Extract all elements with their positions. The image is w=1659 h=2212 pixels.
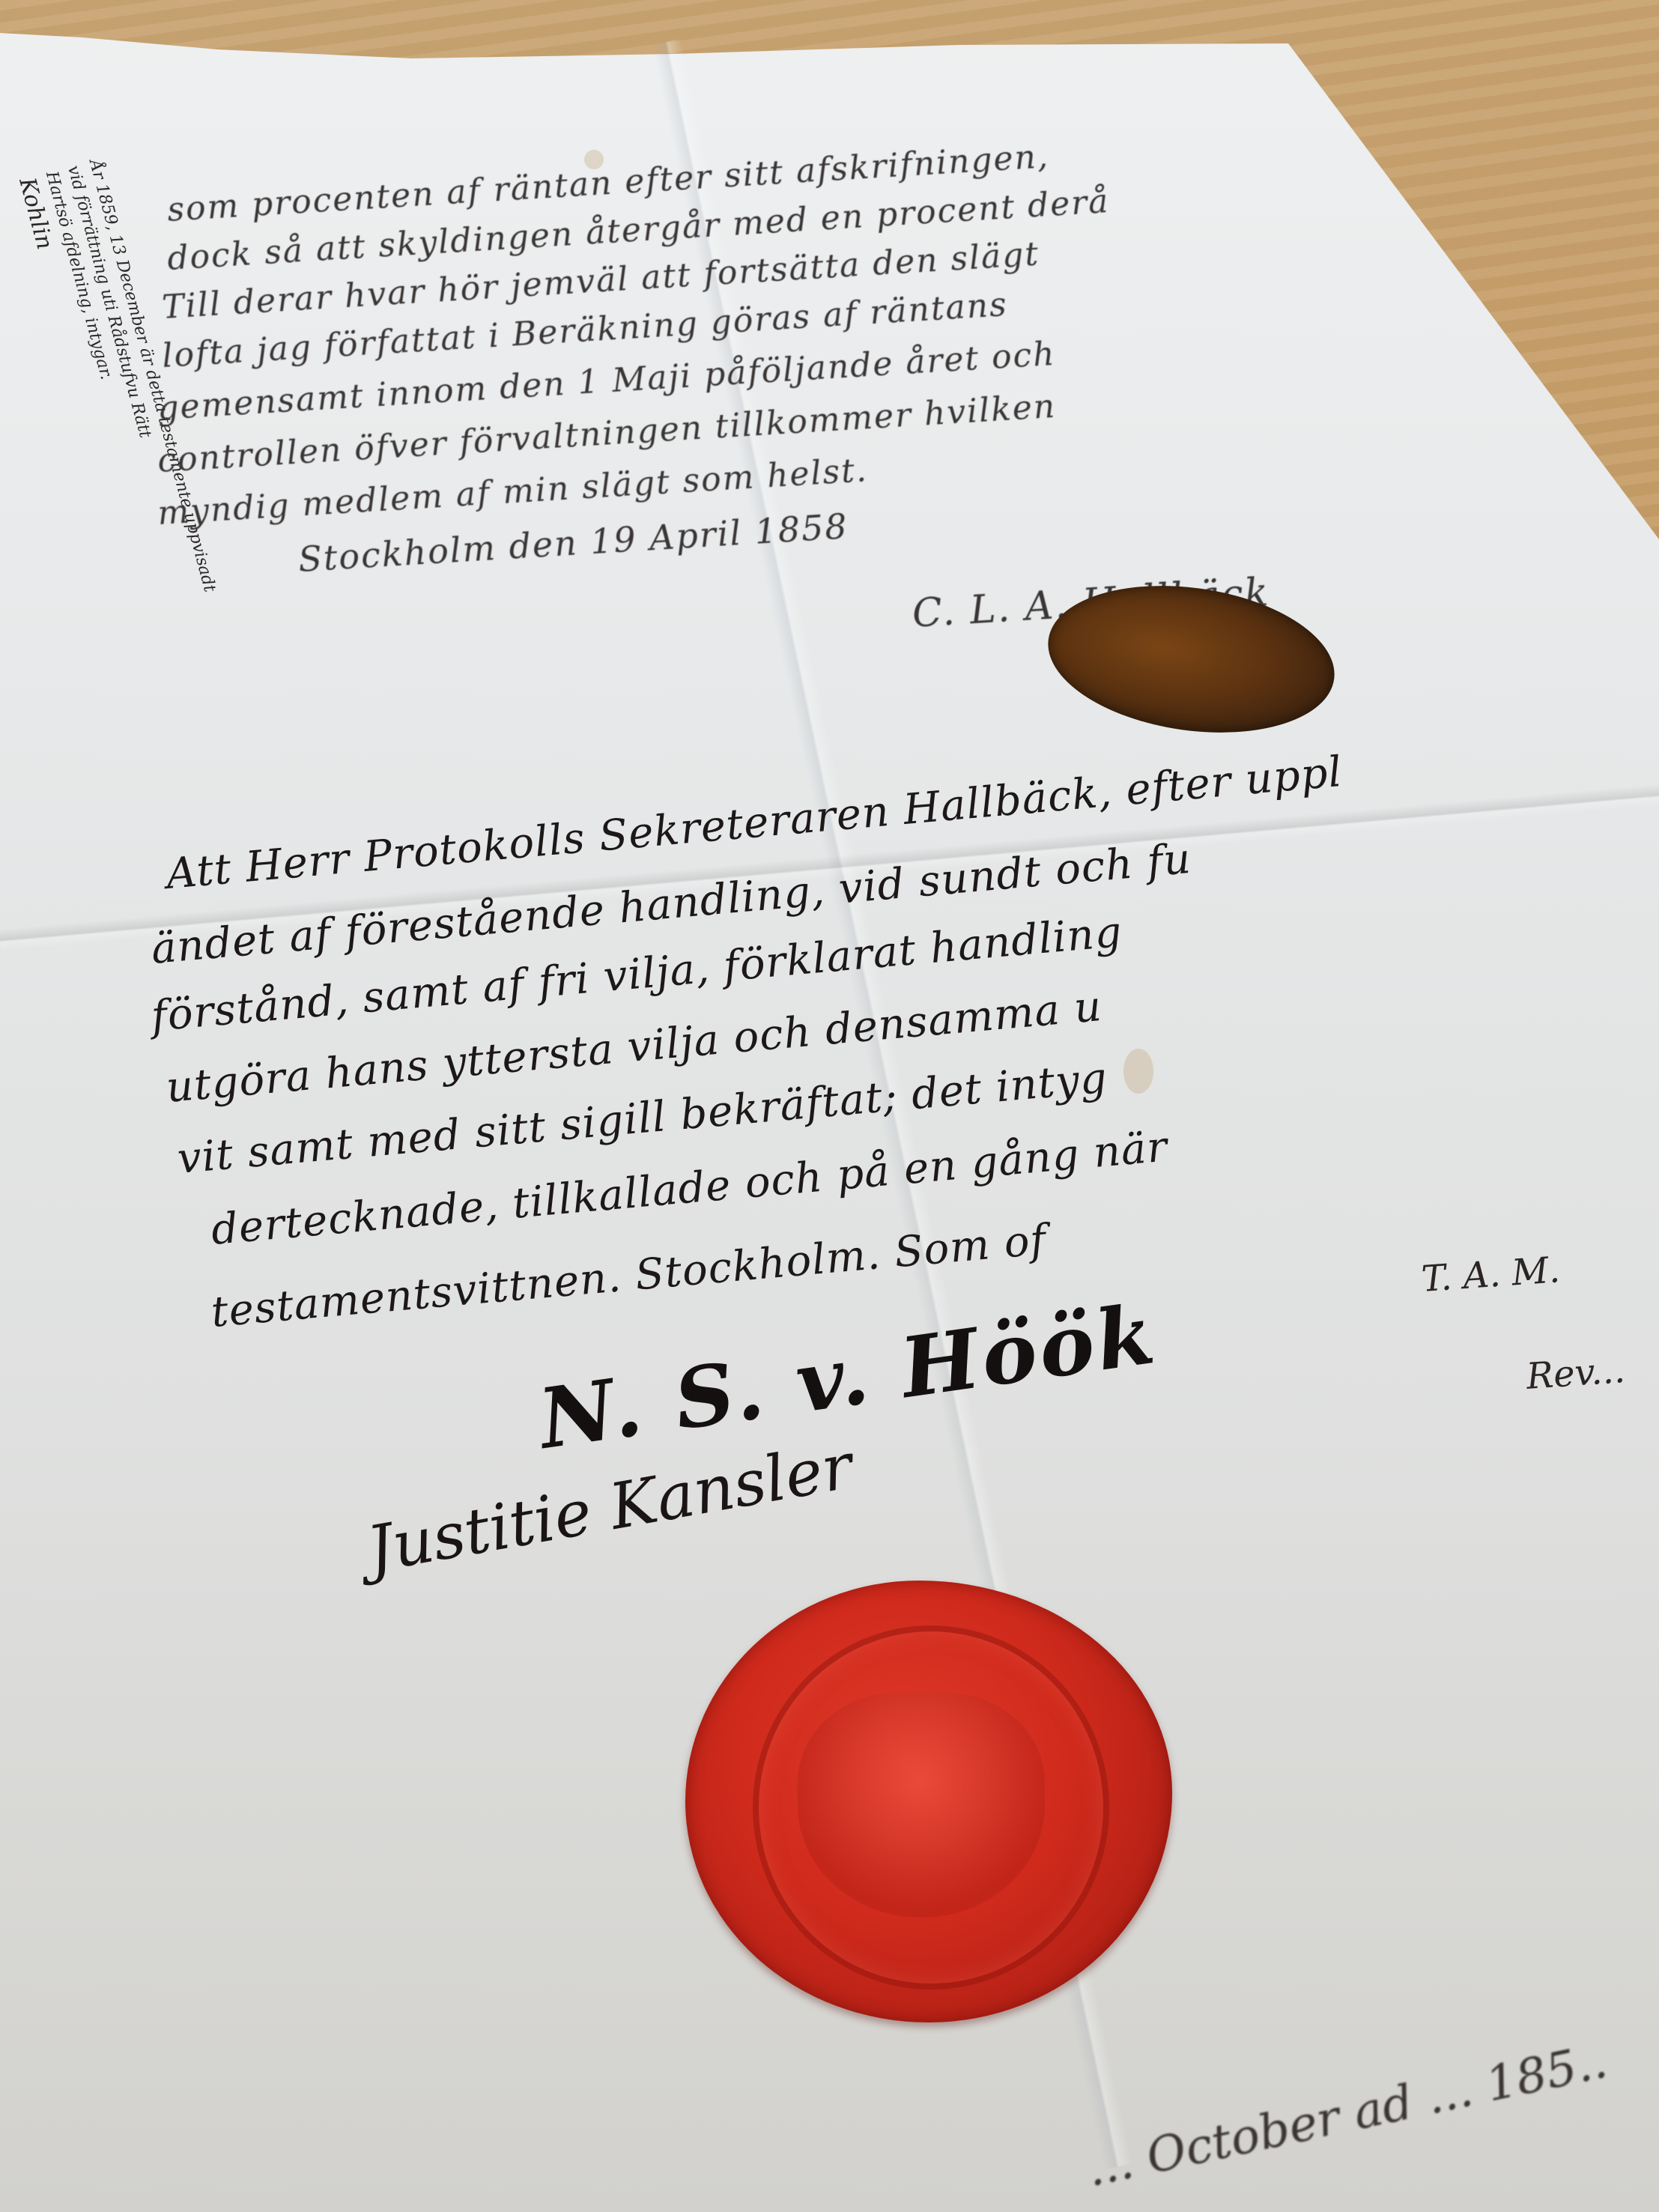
ink-stain bbox=[1123, 1049, 1153, 1094]
red-wax-seal bbox=[685, 1581, 1172, 2022]
coat-of-arms-emboss bbox=[798, 1693, 1045, 1918]
witness-title: Rev... bbox=[1525, 1349, 1626, 1398]
